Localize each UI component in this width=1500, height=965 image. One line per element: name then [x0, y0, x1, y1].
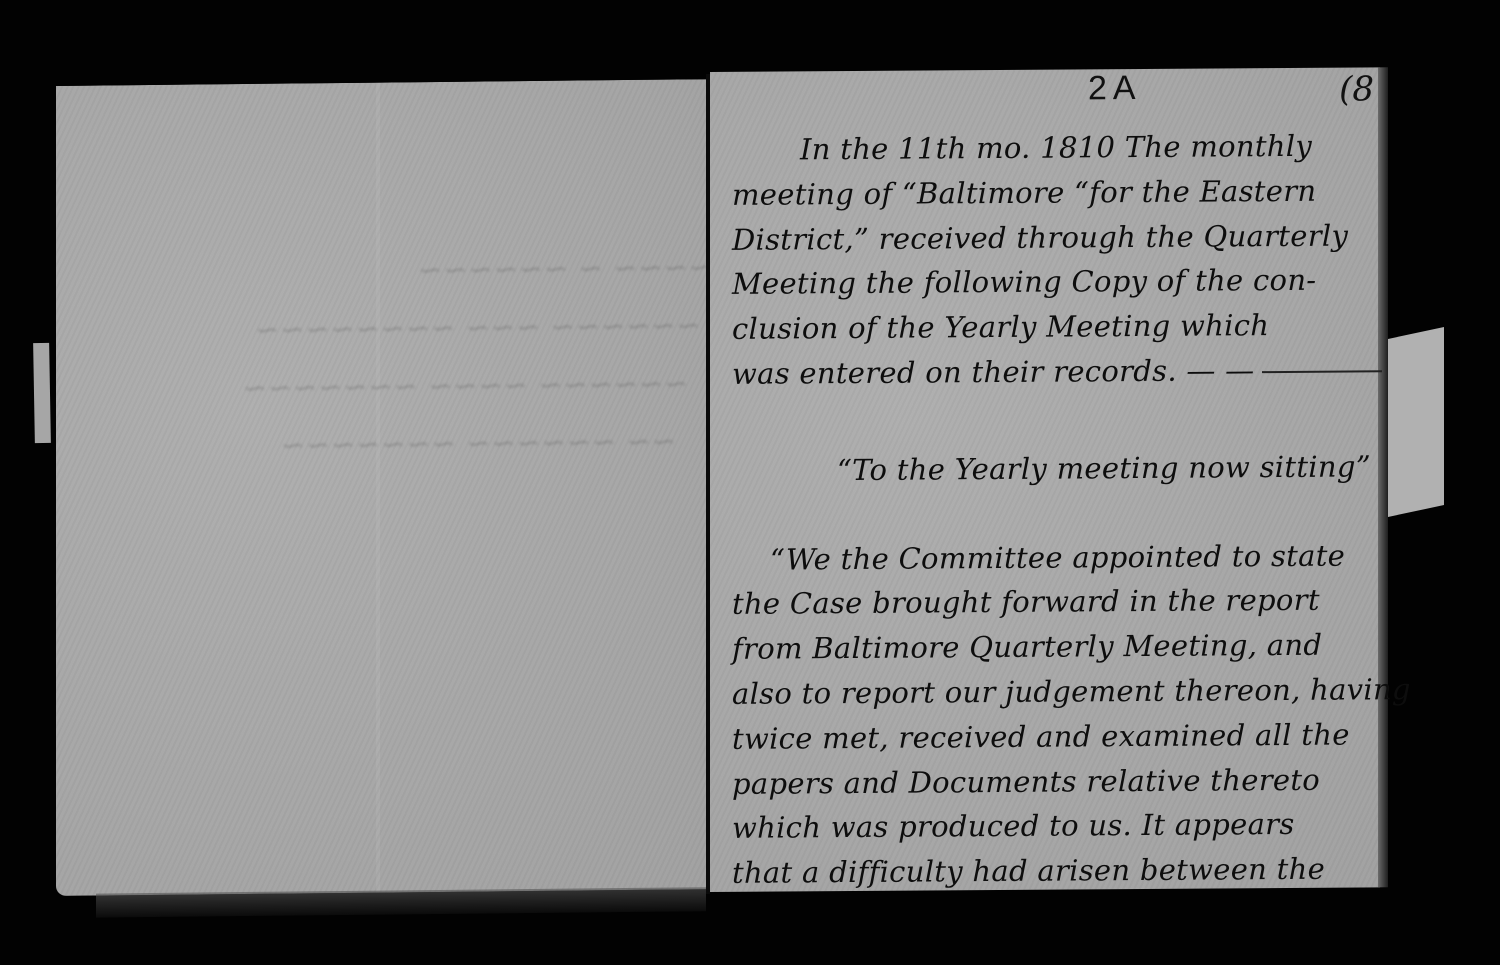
salutation-line: “To the Yearly meeting now sitting” — [732, 444, 1382, 493]
right-page-tab — [1388, 327, 1444, 517]
page-edge-shadow — [96, 887, 706, 917]
text-line: which was produced to us. It appears — [732, 802, 1382, 851]
page-number: (8 — [1339, 69, 1374, 109]
left-page: ~~~~ ~ ~~~~~~ ~~~~~~ ~~~ ~~~~~~~~ ~~~~~~… — [56, 79, 706, 896]
page-fold-line — [376, 83, 380, 893]
handwritten-text: In the 11th mo. 1810 The monthly meeting… — [732, 123, 1382, 895]
text-line: Meeting the following Copy of the con- — [732, 258, 1382, 307]
text-line: from Baltimore Quarterly Meeting, and — [732, 622, 1382, 671]
right-page: 2A (8 In the 11th mo. 1810 The monthly m… — [710, 67, 1380, 892]
line-filler-rule — [1262, 370, 1382, 373]
text-line: papers and Documents relative thereto — [732, 757, 1382, 806]
text-line: that a difficulty had arisen between the — [732, 846, 1382, 895]
text-line: twice met, received and examined all the — [732, 712, 1382, 761]
text-line: also to report our judgement thereon, ha… — [732, 667, 1382, 716]
text-line: “We the Committee appointed to state — [732, 533, 1382, 582]
text-line: the Case brought forward in the report — [732, 578, 1382, 627]
bleed-through-text: ~~~~ ~ ~~~~~~ ~~~~~~ ~~~ ~~~~~~~~ ~~~~~~… — [93, 239, 720, 466]
header-mark: 2A — [1088, 69, 1142, 108]
scan-background: ~~~~ ~ ~~~~~~ ~~~~~~ ~~~ ~~~~~~~~ ~~~~~~… — [0, 0, 1500, 965]
text-line: meeting of “Baltimore “for the Eastern — [732, 168, 1382, 217]
text-line: was entered on their records. — — — [732, 347, 1382, 396]
text-line: clusion of the Yearly Meeting which — [732, 302, 1382, 351]
left-page-tab — [33, 343, 51, 443]
text-line: In the 11th mo. 1810 The monthly — [732, 123, 1382, 172]
text-line: District,” received through the Quarterl… — [732, 213, 1382, 262]
